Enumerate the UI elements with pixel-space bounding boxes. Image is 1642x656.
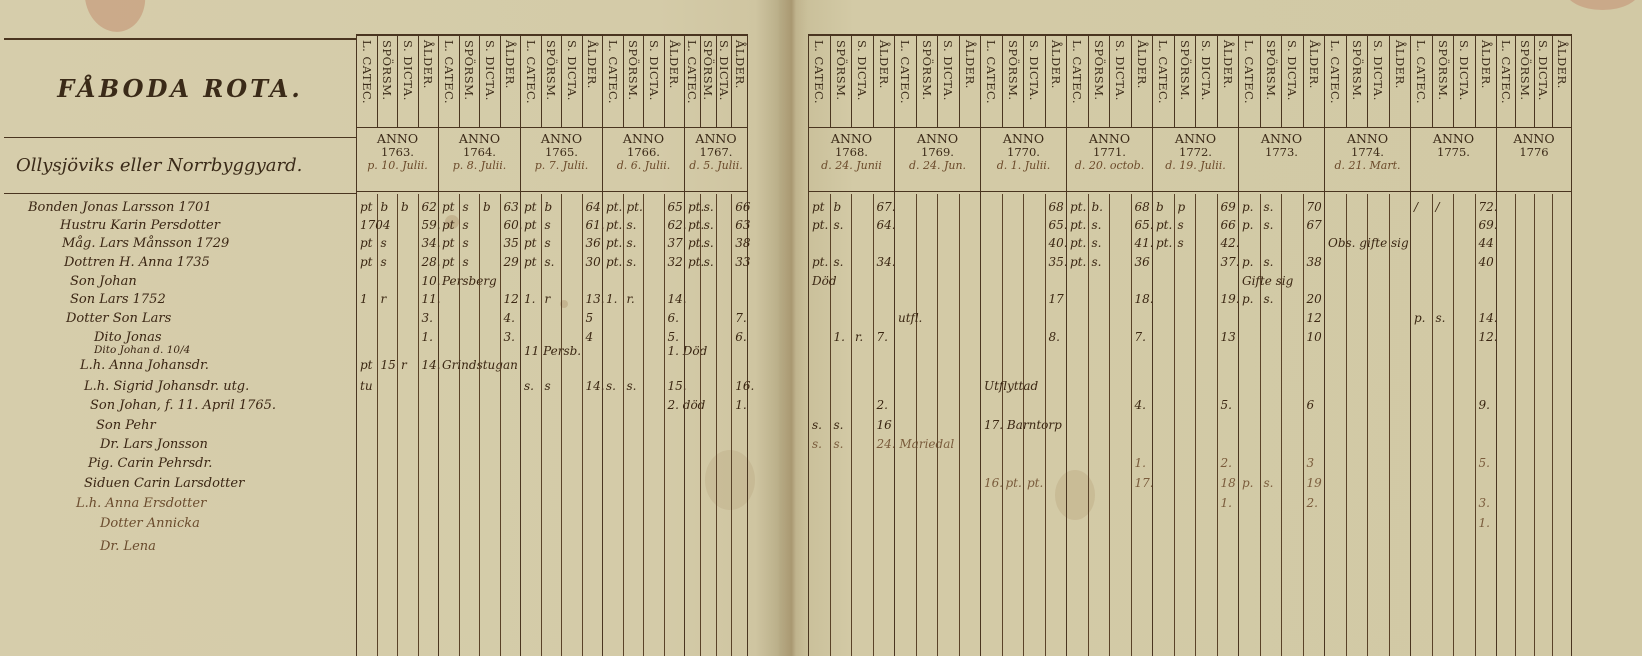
entry-column: 666338337.6.16.1. <box>732 194 747 656</box>
person-name: Son Pehr <box>96 418 156 433</box>
anno-year: 1774. <box>1325 145 1410 159</box>
column-header-cell: S. DICTA. <box>562 36 583 127</box>
anno-year: 1776 <box>1497 145 1571 159</box>
year-column-1768: L. CATEC.SPÖRSM.S. DICTA.ÅLDER.ANNO1768.… <box>808 34 894 656</box>
entry-column <box>1368 194 1390 656</box>
year-column-1763: L. CATEC.SPÖRSM.S. DICTA.ÅLDER.ANNO1763.… <box>356 34 438 656</box>
entry-column <box>1110 194 1132 656</box>
column-headers: L. CATEC.SPÖRSM.S. DICTA.ÅLDER. <box>439 34 520 128</box>
column-header-cell: ÅLDER. <box>665 36 685 127</box>
entry-column <box>960 194 981 656</box>
entry-column: bsss.rs <box>542 194 563 656</box>
entry-cell: pt <box>524 218 537 232</box>
anno-year: 1771. <box>1067 145 1152 159</box>
column-headers: L. CATEC.SPÖRSM.S. DICTA.ÅLDER. <box>1497 34 1571 128</box>
entry-cell: s. <box>627 218 637 232</box>
column-headers: L. CATEC.SPÖRSM.S. DICTA.ÅLDER. <box>1239 34 1324 128</box>
column-header-label: SPÖRSM. <box>1006 40 1020 101</box>
column-header-label: S. DICTA. <box>1371 40 1385 101</box>
entry-column: 72.69.444014.12.9.5.3.1. <box>1476 194 1497 656</box>
entry-column: 6461.363013.5414. <box>583 194 603 656</box>
entry-cell: s. <box>704 218 714 232</box>
column-header-label: L. CATEC. <box>1414 40 1428 104</box>
entry-cell: p. <box>1242 476 1254 490</box>
entry-cell: r. <box>855 330 863 344</box>
exam-date: d. 21. Mart. <box>1325 159 1410 173</box>
column-header-label: SPÖRSM. <box>1264 40 1278 101</box>
entry-cell: 3. <box>504 330 515 344</box>
column-header-cell: L. CATEC. <box>439 36 460 127</box>
column-header-label: S. DICTA. <box>1027 40 1041 101</box>
column-header-cell: SPÖRSM. <box>460 36 481 127</box>
entry-cell: s. <box>1264 255 1274 269</box>
entry-cell: / <box>1414 200 1418 214</box>
anno-label: ANNO <box>439 132 520 145</box>
column-header-cell: S. DICTA. <box>1368 36 1390 127</box>
entry-cell: s. <box>1264 218 1274 232</box>
anno-header: ANNO1770.d. 1. Julii. <box>981 128 1066 192</box>
exam-date: d. 1. Julii. <box>981 159 1066 173</box>
entry-cell: 69 <box>1221 200 1236 214</box>
entry-cell: pt. <box>606 255 622 269</box>
entry-cell: pt <box>812 200 825 214</box>
entry-cell: 63 <box>504 200 519 214</box>
anno-header: ANNO1763.p. 10. Julii. <box>357 128 438 192</box>
column-header-cell: ÅLDER. <box>732 36 747 127</box>
column-header-label: L. CATEC. <box>984 40 998 104</box>
column-header-label: S. DICTA. <box>1113 40 1127 101</box>
column-header-label: SPÖRSM. <box>1092 40 1106 101</box>
right-page: L. CATEC.SPÖRSM.S. DICTA.ÅLDER.ANNO1768.… <box>808 0 1642 656</box>
column-header-label: SPÖRSM. <box>380 40 394 101</box>
entry-cell: 37 <box>668 236 683 250</box>
entry-cell: 16. <box>735 379 754 393</box>
column-header-cell: ÅLDER. <box>419 36 439 127</box>
entry-cell: 35 <box>504 236 519 250</box>
page-title-box: FÅBODA ROTA. <box>4 38 356 138</box>
entry-cell: 7. <box>1135 330 1146 344</box>
year-column-1770: L. CATEC.SPÖRSM.S. DICTA.ÅLDER.ANNO1770.… <box>980 34 1066 656</box>
entry-cell: s <box>381 236 387 250</box>
entry-cell: 65. <box>1049 218 1068 232</box>
entry-cell: 1. <box>1479 516 1490 530</box>
column-header-label: ÅLDER. <box>877 40 891 89</box>
entry-column <box>1390 194 1411 656</box>
year-column-1773: L. CATEC.SPÖRSM.S. DICTA.ÅLDER.ANNO1773.… <box>1238 34 1324 656</box>
year-entries: utfl. <box>895 194 980 656</box>
column-header-label: ÅLDER. <box>1307 40 1321 89</box>
entry-cell: pt <box>524 236 537 250</box>
entry-column: pt. <box>1003 194 1025 656</box>
anno-header: ANNO1776 <box>1497 128 1571 192</box>
anno-year: 1775. <box>1411 145 1496 159</box>
entry-column <box>1497 194 1516 656</box>
entry-column <box>562 194 583 656</box>
entry-cell: pt <box>524 255 537 269</box>
entry-cell: 16. <box>984 476 1003 490</box>
person-name: Son Lars 1752 <box>70 292 166 307</box>
column-header-cell: SPÖRSM. <box>1003 36 1025 127</box>
entry-cell: r <box>401 358 407 372</box>
entry-cell: p. <box>1242 292 1254 306</box>
column-header-cell: S. DICTA. <box>1110 36 1132 127</box>
entry-cell: pt. <box>1156 236 1172 250</box>
anno-header: ANNO1766.d. 6. Julii. <box>603 128 684 192</box>
anno-year: 1772. <box>1153 145 1238 159</box>
anno-header: ANNO1767.d. 5. Julii. <box>685 128 747 192</box>
person-name: Siduen Carin Larsdotter <box>84 476 244 491</box>
entry-cell: b <box>401 200 409 214</box>
column-headers: L. CATEC.SPÖRSM.S. DICTA.ÅLDER. <box>357 34 438 128</box>
column-headers: L. CATEC.SPÖRSM.S. DICTA.ÅLDER. <box>809 34 894 128</box>
entry-column: pt1704ptpt1pttu <box>357 194 378 656</box>
anno-label: ANNO <box>603 132 684 145</box>
anno-header: ANNO1771.d. 20. octob. <box>1067 128 1152 192</box>
column-header-cell: L. CATEC. <box>1325 36 1347 127</box>
year-entries: ptptptptPersbergGrindstuganssssb6360.352… <box>439 194 520 656</box>
year-entries <box>1497 194 1571 656</box>
entry-cell: 34. <box>877 255 896 269</box>
column-header-cell: SPÖRSM. <box>378 36 399 127</box>
entry-cell: s <box>381 255 387 269</box>
column-header-label: SPÖRSM. <box>701 40 715 101</box>
entry-column <box>938 194 960 656</box>
column-header-cell: ÅLDER. <box>960 36 981 127</box>
anno-label: ANNO <box>685 132 747 145</box>
column-headers: L. CATEC.SPÖRSM.S. DICTA.ÅLDER. <box>603 34 684 128</box>
entry-cell: r <box>381 292 387 306</box>
entry-column: 696642.37.19.135.2.181. <box>1218 194 1239 656</box>
entry-cell: 5 <box>586 311 594 325</box>
book-spread: FÅBODA ROTA. Ollysjöviks eller Norrbyggy… <box>0 0 1642 656</box>
year-column-1769: L. CATEC.SPÖRSM.S. DICTA.ÅLDER.ANNO1769.… <box>894 34 980 656</box>
column-header-cell: S. DICTA. <box>398 36 419 127</box>
entry-cell: 1. <box>606 292 617 306</box>
column-header-label: L. CATEC. <box>1499 40 1513 104</box>
entry-column: pt. <box>1024 194 1046 656</box>
column-header-cell: S. DICTA. <box>717 36 733 127</box>
column-header-cell: ÅLDER. <box>1304 36 1325 127</box>
anno-label: ANNO <box>357 132 438 145</box>
entry-cell: 8. <box>1049 330 1060 344</box>
entry-cell: 3 <box>1307 456 1315 470</box>
entry-cell: s <box>463 255 469 269</box>
entry-column: pt.pt.pt.pt.1.s. <box>603 194 624 656</box>
anno-header: ANNO1768.d. 24. Junii <box>809 128 894 192</box>
column-header-label: SPÖRSM. <box>920 40 934 101</box>
exam-date: p. 10. Julii. <box>357 159 438 173</box>
year-entries: pt1704ptpt1pttubssr15br6259.34.28.10.11.… <box>357 194 438 656</box>
entry-cell: pt. <box>1070 200 1086 214</box>
column-headers: L. CATEC.SPÖRSM.S. DICTA.ÅLDER. <box>1067 34 1152 128</box>
year-entries: ptpt.pt.Döds.s.bs.s.1.s.s.r.67.64.34.7.2… <box>809 194 894 656</box>
entry-cell: pt <box>442 218 455 232</box>
entry-cell: 10 <box>1307 330 1322 344</box>
column-header-cell: ÅLDER. <box>501 36 521 127</box>
entry-column: s.s.s.s.s. <box>1261 194 1283 656</box>
entry-cell: 18 <box>1221 476 1236 490</box>
column-header-cell: SPÖRSM. <box>917 36 939 127</box>
column-headers: L. CATEC.SPÖRSM.S. DICTA.ÅLDER. <box>981 34 1066 128</box>
column-header-cell: ÅLDER. <box>583 36 603 127</box>
anno-header: ANNO1769.d. 24. Jun. <box>895 128 980 192</box>
column-header-label: S. DICTA. <box>1536 40 1550 101</box>
entry-cell: 5. <box>1479 456 1490 470</box>
column-header-cell: L. CATEC. <box>809 36 831 127</box>
person-name: Dotter Annicka <box>100 516 200 531</box>
exam-date: d. 24. Junii <box>809 159 894 173</box>
entry-cell: s. <box>704 255 714 269</box>
anno-year: 1769. <box>895 145 980 159</box>
entry-cell: 35. <box>1049 255 1068 269</box>
anno-label: ANNO <box>1067 132 1152 145</box>
book-gutter <box>778 0 808 656</box>
entry-cell: s. <box>834 218 844 232</box>
anno-label: ANNO <box>895 132 980 145</box>
entry-cell: 6. <box>735 330 746 344</box>
entry-cell: 13 <box>1221 330 1236 344</box>
entry-cell: 5. <box>668 330 679 344</box>
person-name: Son Johan <box>70 274 137 289</box>
column-header-cell: L. CATEC. <box>1067 36 1089 127</box>
column-header-cell: L. CATEC. <box>1411 36 1433 127</box>
column-header-cell: S. DICTA. <box>1454 36 1476 127</box>
exam-date: d. 19. Julii. <box>1153 159 1238 173</box>
entry-cell: 30 <box>586 255 601 269</box>
entry-cell: s <box>463 218 469 232</box>
entry-cell: 1. <box>524 292 535 306</box>
anno-label: ANNO <box>809 132 894 145</box>
entry-column: Utflyttad17. Barntorp16. <box>981 194 1003 656</box>
anno-label: ANNO <box>521 132 602 145</box>
column-header-label: ÅLDER. <box>667 40 681 89</box>
year-column-1771: L. CATEC.SPÖRSM.S. DICTA.ÅLDER.ANNO1771.… <box>1066 34 1152 656</box>
entry-column: 70673820121063192. <box>1304 194 1325 656</box>
entry-column <box>1454 194 1476 656</box>
entry-cell: 7. <box>877 330 888 344</box>
column-header-cell: ÅLDER. <box>874 36 895 127</box>
year-column-1776: L. CATEC.SPÖRSM.S. DICTA.ÅLDER.ANNO1776 <box>1496 34 1572 656</box>
column-header-label: L. CATEC. <box>442 40 456 104</box>
entry-cell: 37. <box>1221 255 1240 269</box>
entry-column: 6865.40.35.178. <box>1046 194 1067 656</box>
year-column-1767: L. CATEC.SPÖRSM.S. DICTA.ÅLDER.ANNO1767.… <box>684 34 748 656</box>
exam-date: d. 5. Julii. <box>685 159 747 173</box>
entry-cell: 3. <box>1479 496 1490 510</box>
year-entries: Utflyttad17. Barntorp16.pt.pt.6865.40.35… <box>981 194 1066 656</box>
entry-cell: 41. <box>1135 236 1154 250</box>
entry-cell: s. <box>1092 236 1102 250</box>
column-headers: L. CATEC.SPÖRSM.S. DICTA.ÅLDER. <box>685 34 747 128</box>
entry-cell: pt. <box>1156 218 1172 232</box>
entry-cell: pt <box>442 255 455 269</box>
entry-cell: 7. <box>735 311 746 325</box>
column-header-label: ÅLDER. <box>1135 40 1149 89</box>
year-entries: pt.pt.pt.pt.s.s.s.s.666338337.6.16.1. <box>685 194 747 656</box>
entry-column: 6865.41.3618.7.4.1.17. <box>1132 194 1153 656</box>
anno-label: ANNO <box>1411 132 1496 145</box>
entry-cell: 64 <box>586 200 601 214</box>
anno-year: 1767. <box>685 145 747 159</box>
anno-header: ANNO1764.p. 8. Julii. <box>439 128 520 192</box>
column-header-cell: SPÖRSM. <box>831 36 853 127</box>
column-header-cell: ÅLDER. <box>1390 36 1411 127</box>
column-header-label: ÅLDER. <box>503 40 517 89</box>
entry-cell: 17. <box>1135 476 1154 490</box>
year-entries: bpt.pt.pss696642.37.19.135.2.181. <box>1153 194 1238 656</box>
anno-year: 1773. <box>1239 145 1324 159</box>
entry-cell: pt <box>442 200 455 214</box>
column-header-cell: ÅLDER. <box>1218 36 1239 127</box>
person-name: L.h. Anna Johansdr. <box>80 358 209 373</box>
entry-cell: pt. <box>1006 476 1022 490</box>
entry-cell: pt. <box>1070 218 1086 232</box>
person-name: Pig. Carin Pehrsdr. <box>88 456 212 471</box>
anno-header: ANNO1772.d. 19. Julii. <box>1153 128 1238 192</box>
entry-cell: tu <box>360 379 373 393</box>
entry-cell: p. <box>1242 218 1254 232</box>
entry-column: 6360.3529124.3. <box>501 194 521 656</box>
entry-cell: s. <box>627 236 637 250</box>
entry-column: ptptptpt1.11 Persb.s. <box>521 194 542 656</box>
column-header-cell: L. CATEC. <box>603 36 624 127</box>
entry-column: b <box>480 194 501 656</box>
entry-column: utfl. <box>895 194 917 656</box>
entry-cell: 69. <box>1479 218 1498 232</box>
column-header-label: S. DICTA. <box>483 40 497 101</box>
entry-cell: 70 <box>1307 200 1322 214</box>
column-header-cell: S. DICTA. <box>938 36 960 127</box>
exam-date: p. 7. Julii. <box>521 159 602 173</box>
entry-cell: s. <box>834 437 844 451</box>
entry-cell: 63 <box>735 218 750 232</box>
entry-cell: 67. <box>877 200 896 214</box>
year-column-1772: L. CATEC.SPÖRSM.S. DICTA.ÅLDER.ANNO1772.… <box>1152 34 1238 656</box>
column-header-label: S. DICTA. <box>565 40 579 101</box>
column-header-cell: S. DICTA. <box>644 36 665 127</box>
entry-column: ptptptptPersbergGrindstugan <box>439 194 460 656</box>
column-header-label: SPÖRSM. <box>834 40 848 101</box>
page-subtitle: Ollysjöviks eller Norrbyggyard. <box>16 155 302 176</box>
person-name: Dotter Son Lars <box>66 311 171 326</box>
entry-cell: pt. <box>812 255 828 269</box>
anno-label: ANNO <box>981 132 1066 145</box>
entry-cell: pt <box>360 358 373 372</box>
entry-column: pt.pt.pt.pt. <box>685 194 701 656</box>
person-name: Dr. Lena <box>100 539 156 554</box>
entry-cell: 4 <box>586 330 594 344</box>
column-header-cell: L. CATEC. <box>521 36 542 127</box>
entry-column: pt.s.s.s.r.s. <box>624 194 645 656</box>
entry-column: /s. <box>1433 194 1455 656</box>
entry-column: bssr15 <box>378 194 399 656</box>
entry-cell: r. <box>627 292 635 306</box>
entry-cell: 16 <box>877 418 892 432</box>
entry-cell: b <box>1156 200 1164 214</box>
column-header-cell: SPÖRSM. <box>1433 36 1455 127</box>
entry-cell: s <box>545 379 551 393</box>
entry-cell: 19. <box>1221 292 1240 306</box>
entry-cell: 1 <box>360 292 368 306</box>
entry-column: r. <box>852 194 874 656</box>
exam-date: d. 6. Julii. <box>603 159 684 173</box>
entry-cell: 36 <box>1135 255 1150 269</box>
column-header-label: SPÖRSM. <box>1178 40 1192 101</box>
column-header-label: ÅLDER. <box>1555 40 1569 89</box>
entry-cell: s. <box>1264 200 1274 214</box>
left-page: FÅBODA ROTA. Ollysjöviks eller Norrbyggy… <box>0 0 778 656</box>
entry-cell: 44 <box>1479 236 1494 250</box>
entry-cell: s <box>463 200 469 214</box>
entry-cell: s. <box>704 236 714 250</box>
entry-cell: b. <box>1092 200 1104 214</box>
column-header-cell: L. CATEC. <box>1153 36 1175 127</box>
entry-cell: 38 <box>735 236 750 250</box>
entry-cell: s. <box>834 418 844 432</box>
column-header-cell: SPÖRSM. <box>624 36 645 127</box>
entry-column <box>1282 194 1304 656</box>
entry-cell: s. <box>545 255 555 269</box>
entry-cell: 12 <box>504 292 519 306</box>
anno-header: ANNO1765.p. 7. Julii. <box>521 128 602 192</box>
year-entries: Obs. gifte sig <box>1325 194 1410 656</box>
entry-cell: 1. <box>422 330 433 344</box>
entry-cell: pt <box>442 236 455 250</box>
entry-column: Obs. gifte sig <box>1325 194 1347 656</box>
entry-cell: p <box>1178 200 1186 214</box>
entry-cell: b <box>545 200 553 214</box>
year-column-1766: L. CATEC.SPÖRSM.S. DICTA.ÅLDER.ANNO1766.… <box>602 34 684 656</box>
entry-cell: 62 <box>422 200 437 214</box>
anno-label: ANNO <box>1153 132 1238 145</box>
column-header-label: L. CATEC. <box>1242 40 1256 104</box>
entry-cell: s <box>1178 236 1184 250</box>
person-name: Hustru Karin Persdotter <box>60 218 220 233</box>
column-header-label: ÅLDER. <box>733 40 747 89</box>
year-entries: p.p.p.Gifte sigp.p.s.s.s.s.s.70673820121… <box>1239 194 1324 656</box>
entry-cell: s <box>545 218 551 232</box>
entry-cell: 40. <box>1049 236 1068 250</box>
entry-cell: s. <box>834 255 844 269</box>
anno-label: ANNO <box>1497 132 1571 145</box>
entry-column: br <box>398 194 419 656</box>
entry-cell: p. <box>1242 200 1254 214</box>
anno-year: 1770. <box>981 145 1066 159</box>
column-header-label: ÅLDER. <box>963 40 977 89</box>
column-header-label: ÅLDER. <box>1049 40 1063 89</box>
entry-column: pt.pt.pt.pt. <box>1067 194 1089 656</box>
entry-column <box>1535 194 1554 656</box>
column-header-cell: SPÖRSM. <box>1347 36 1369 127</box>
entry-cell: s <box>463 236 469 250</box>
column-header-label: ÅLDER. <box>1393 40 1407 89</box>
entry-cell: pt. <box>1070 255 1086 269</box>
entry-cell: 4. <box>504 311 515 325</box>
column-header-label: ÅLDER. <box>585 40 599 89</box>
entry-cell: 20 <box>1307 292 1322 306</box>
year-column-1774: L. CATEC.SPÖRSM.S. DICTA.ÅLDER.ANNO1774.… <box>1324 34 1410 656</box>
entry-cell: 18. <box>1135 292 1154 306</box>
entry-cell: 15 <box>381 358 396 372</box>
column-header-cell: SPÖRSM. <box>1261 36 1283 127</box>
column-header-label: L. CATEC. <box>1156 40 1170 104</box>
entry-cell: s. <box>606 379 616 393</box>
column-header-cell: ÅLDER. <box>1476 36 1497 127</box>
anno-header: ANNO1774.d. 21. Mart. <box>1325 128 1410 192</box>
column-header-cell: L. CATEC. <box>357 36 378 127</box>
person-name: L.h. Anna Ersdotter <box>76 496 206 511</box>
page-title: FÅBODA ROTA. <box>57 74 302 103</box>
